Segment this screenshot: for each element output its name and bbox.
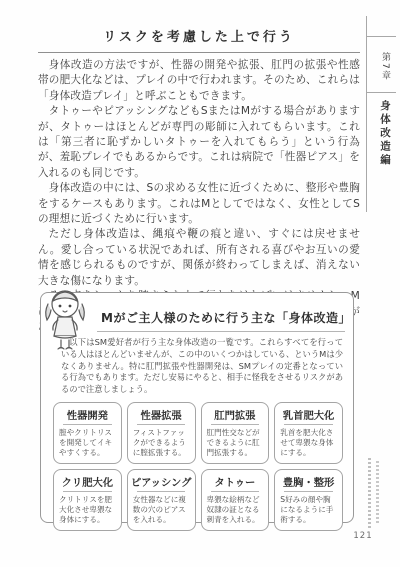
paragraph: 身体改造の中には、Sの求める女性に近づくために、整形や豊胸をするケースもあります…: [38, 181, 360, 227]
grid-cell-clitoris-enlargement: クリ肥大化 クリトリスを肥大化させ卑猥な身体にする。: [53, 469, 122, 531]
cell-divider: [137, 424, 186, 425]
chapter-tab-section: 身体改造編: [369, 100, 393, 204]
cell-divider: [211, 491, 260, 492]
paragraph: タトゥーやピアッシングなどもSまたはMがする場合がありますが、タトゥーはほとんど…: [38, 104, 360, 181]
chibi-girl-illustration: [42, 286, 88, 354]
cell-description: S好みの顔や胸になるように手術する。: [278, 495, 339, 524]
cell-label: タトゥー: [214, 474, 255, 489]
cell-divider: [137, 491, 186, 492]
cell-label: 性器開発: [67, 407, 108, 422]
cell-description: 乳首を肥大化させて卑猥な身体にする。: [278, 428, 339, 457]
cell-divider: [284, 491, 333, 492]
grid-cell-anal-expansion: 肛門拡張 肛門性交などができるように肛門拡張する。: [201, 402, 270, 464]
cell-label: 乳首肥大化: [283, 407, 334, 422]
grid-cell-genital-development: 性器開発 膣やクリトリスを開発してイキやすくする。: [53, 402, 122, 464]
grid-cell-breast-augmentation: 豊胸・整形 S好みの顔や胸になるように手術する。: [274, 469, 343, 531]
cell-description: フィストファックができるように膣拡張する。: [131, 428, 192, 457]
cell-divider: [284, 424, 333, 425]
book-page: リスクを考慮した上で行う 身体改造の方法ですが、性器の開発や拡張、肛門の拡張や性…: [0, 0, 400, 567]
grid-cell-genital-expansion: 性器拡張 フィストファックができるように膣拡張する。: [127, 402, 196, 464]
grid-cell-nipple-enlargement: 乳首肥大化 乳首を肥大化させて卑猥な身体にする。: [274, 402, 343, 464]
modification-grid: 性器開発 膣やクリトリスを開発してイキやすくする。 性器拡張 フィストファックが…: [53, 402, 343, 531]
cell-divider: [211, 424, 260, 425]
cell-label: 肛門拡張: [214, 407, 255, 422]
cell-description: クリトリスを肥大化させ卑猥な身体にする。: [57, 495, 118, 524]
cell-description: 卑猥な絵柄など奴隷の証となる刺青を入れる。: [205, 495, 266, 524]
cell-label: 性器拡張: [141, 407, 182, 422]
chapter-tab-rule: [366, 16, 367, 212]
grid-cell-piercing: ピアッシング 女性器などに複数の穴のピアスを入れる。: [127, 469, 196, 531]
cell-divider: [63, 491, 112, 492]
fine-print-vertical: [368, 458, 379, 528]
chapter-tab-number: 第7章: [370, 44, 392, 90]
grid-cell-tattoo: タトゥー 卑猥な絵柄など奴隷の証となる刺青を入れる。: [201, 469, 270, 531]
feature-box-title: Mがご主人様のために行う主な「身体改造」: [101, 311, 351, 325]
feature-box-title-row: Mがご主人様のために行う主な「身体改造」: [97, 301, 345, 332]
cell-divider: [63, 424, 112, 425]
chapter-tab-tick: [366, 92, 396, 93]
chapter-tab-tick: [366, 36, 396, 37]
page-title: リスクを考慮した上で行う: [38, 26, 360, 53]
paragraph: 身体改造の方法ですが、性器の開発や拡張、肛門の拡張や性感帯の肥大化などは、プレイ…: [38, 58, 360, 104]
paragraph: ただし身体改造は、縄痕や鞭の痕と違い、すぐには戻せません。愛し合っている状況であ…: [38, 227, 360, 289]
cell-description: 肛門性交などができるように肛門拡張する。: [205, 428, 266, 457]
cell-description: 女性器などに複数の穴のピアスを入れる。: [131, 495, 192, 524]
cell-label: 豊胸・整形: [283, 474, 334, 489]
cell-label: ピアッシング: [131, 474, 192, 489]
cell-description: 膣やクリトリスを開発してイキやすくする。: [57, 428, 118, 457]
feature-box-intro: 以下はSM愛好者が行う主な身体改造の一覧です。これらすべてを行っている人はほとん…: [61, 337, 343, 396]
cell-label: クリ肥大化: [62, 474, 113, 489]
page-number: 121: [348, 531, 378, 541]
